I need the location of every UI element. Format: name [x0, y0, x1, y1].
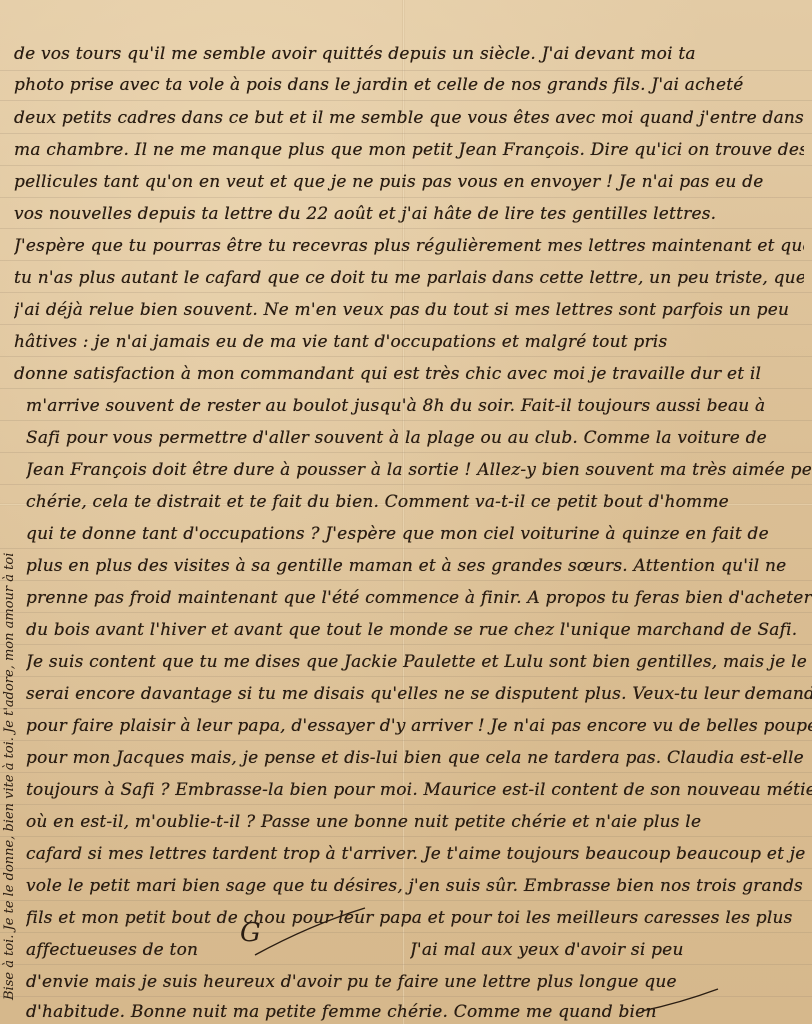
- ruled-line: [0, 740, 812, 741]
- ruled-line: [0, 612, 812, 613]
- letter-line: Je suis content que tu me dises que Jack…: [26, 652, 812, 672]
- letter-line: donne satisfaction à mon commandant qui …: [14, 364, 804, 384]
- ruled-line: [0, 260, 812, 261]
- ruled-line: [0, 836, 812, 837]
- ruled-line: [0, 932, 812, 933]
- ruled-line: [0, 580, 812, 581]
- letter-line: tu n'as plus autant le cafard que ce doi…: [14, 268, 804, 288]
- ruled-line: [0, 900, 812, 901]
- signature-flourish-icon: [250, 900, 370, 960]
- ruled-line: [0, 292, 812, 293]
- letter-line: toujours à Safi ? Embrasse-la bien pour …: [26, 780, 812, 800]
- letter-line: de vos tours qu'il me semble avoir quitt…: [14, 44, 804, 64]
- letter-closing: affectueuses de ton: [26, 940, 226, 960]
- letter-line: j'ai déjà relue bien souvent. Ne m'en ve…: [14, 300, 804, 320]
- ruled-line: [0, 324, 812, 325]
- ruled-line: [0, 133, 812, 134]
- ruled-line: [0, 772, 812, 773]
- ruled-line: [0, 197, 812, 198]
- letter-line: chérie, cela te distrait et te fait du b…: [26, 492, 812, 512]
- letter-line: ma chambre. Il ne me manque plus que mon…: [14, 140, 804, 160]
- letter-line: prenne pas froid maintenant que l'été co…: [26, 588, 812, 608]
- ruled-line: [0, 484, 812, 485]
- letter-line: cafard si mes lettres tardent trop à t'a…: [26, 844, 812, 864]
- letter-line: J'espère que tu pourras être tu recevras…: [14, 236, 804, 256]
- letter-line: plus en plus des visites à sa gentille m…: [26, 556, 812, 576]
- letter-line: où en est-il, m'oublie-t-il ? Passe une …: [26, 812, 812, 832]
- ruled-line: [0, 548, 812, 549]
- letter-line: deux petits cadres dans ce but et il me …: [14, 108, 804, 128]
- closing-flourish-icon: [640, 985, 720, 1015]
- margin-note: Bise à toi. Je te le donne, bien vite à …: [2, 400, 17, 1000]
- letter-line: hâtives : je n'ai jamais eu de ma vie ta…: [14, 332, 804, 352]
- letter-page: de vos tours qu'il me semble avoir quitt…: [0, 0, 812, 1024]
- letter-line: m'arrive souvent de rester au boulot jus…: [26, 396, 812, 416]
- letter-line: vole le petit mari bien sage que tu dési…: [26, 876, 812, 896]
- ruled-line: [0, 708, 812, 709]
- ruled-line: [0, 165, 812, 166]
- ruled-line: [0, 228, 812, 229]
- ruled-line: [0, 420, 812, 421]
- letter-line: photo prise avec ta vole à pois dans le …: [14, 75, 804, 95]
- letter-line: pour faire plaisir à leur papa, d'essaye…: [26, 716, 812, 736]
- ruled-line: [0, 100, 812, 101]
- ruled-line: [0, 868, 812, 869]
- ruled-line: [0, 964, 812, 965]
- postscript-line: J'ai mal aux yeux d'avoir si peu: [410, 940, 790, 960]
- letter-line: Jean François doit être dure à pousser à…: [26, 460, 812, 480]
- letter-line: Safi pour vous permettre d'aller souvent…: [26, 428, 812, 448]
- ruled-line: [0, 644, 812, 645]
- letter-line: qui te donne tant d'occupations ? J'espè…: [26, 524, 812, 544]
- letter-line: pour mon Jacques mais, je pense et dis-l…: [26, 748, 812, 768]
- ruled-line: [0, 804, 812, 805]
- ruled-line: [0, 676, 812, 677]
- letter-line: pellicules tant qu'on en veut et que je …: [14, 172, 804, 192]
- ruled-line: [0, 388, 812, 389]
- ruled-line: [0, 356, 812, 357]
- ruled-line: [0, 70, 812, 71]
- letter-line: fils et mon petit bout de chou pour leur…: [26, 908, 812, 928]
- letter-line: vos nouvelles depuis ta lettre du 22 aoû…: [14, 204, 804, 224]
- letter-line: serai encore davantage si tu me disais q…: [26, 684, 812, 704]
- letter-line: du bois avant l'hiver et avant que tout …: [26, 620, 812, 640]
- ruled-line: [0, 452, 812, 453]
